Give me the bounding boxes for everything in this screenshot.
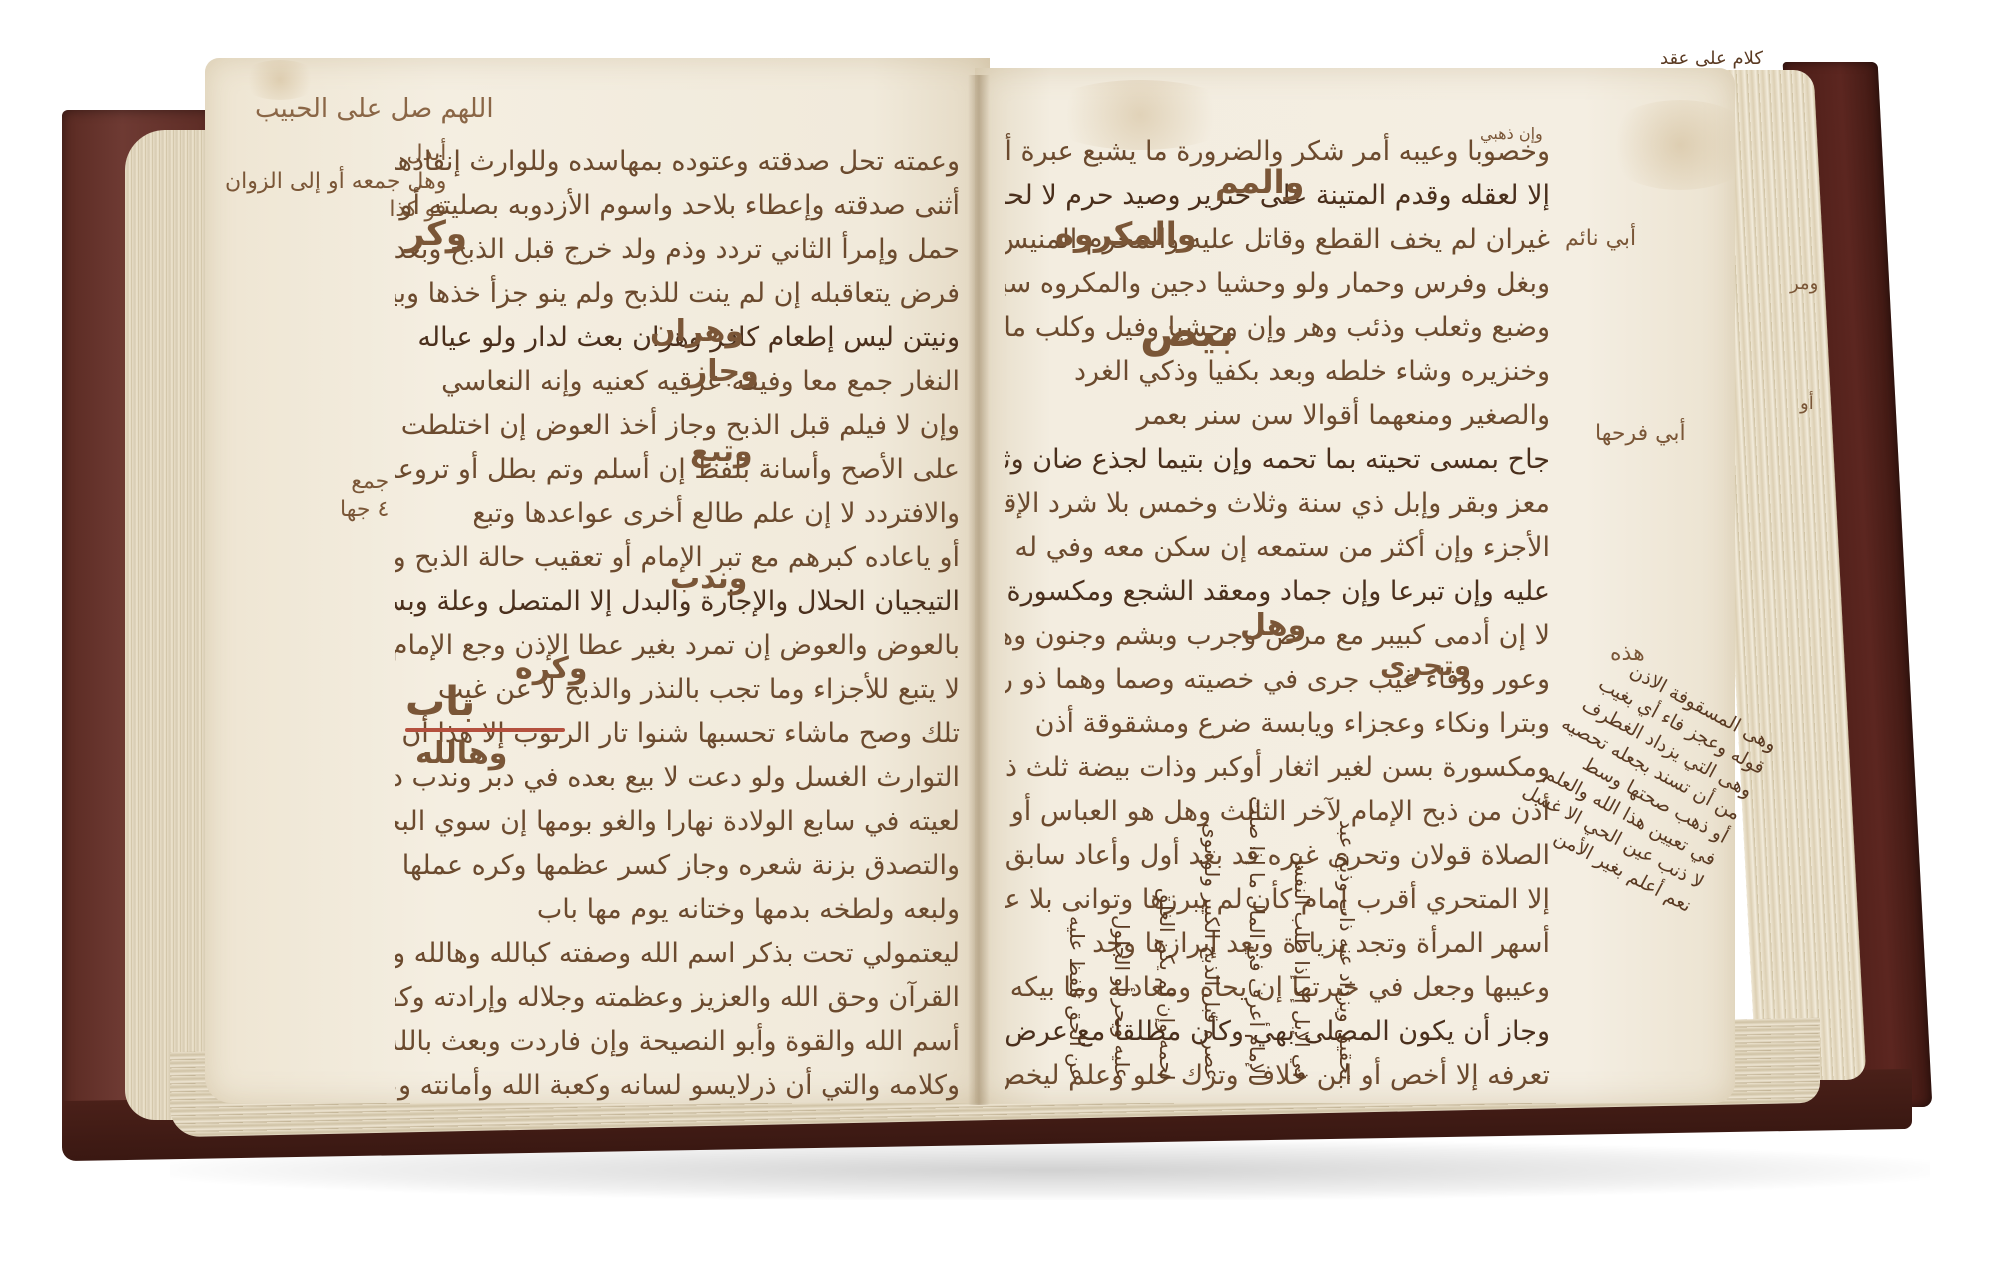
vertical-marginal-notes-block: تحقيق ويزداد عنه ذاب وذبح عبد في الإبل إ… bbox=[1020, 880, 1360, 1040]
text-line: وإن لا فيلم قبل الذبح وجاز أخذ العوض إن … bbox=[395, 404, 960, 448]
left-header-note: اللهم صل على الحبيب bbox=[255, 95, 494, 123]
margin-note-line: جمع bbox=[340, 468, 389, 496]
text-line: أسم الله والقوة وأبو النصيحة وإن فاردت و… bbox=[395, 1020, 960, 1064]
right-margin-note: أبي نائم bbox=[1565, 225, 1636, 253]
text-line: النغار جمع معا وفيقه عرقيه كعنيه وإنه ال… bbox=[395, 360, 960, 404]
text-line: جاح بمسى تحيته بما تحمه وإن بتيما لجذع ض… bbox=[1005, 438, 1550, 482]
left-page-text: وعمته تحل صدقته وعتوده بمهاسده وللوارث إ… bbox=[395, 140, 960, 1108]
text-line: وبغل وفرس وحمار ولو وحشيا دجين والمكروه … bbox=[1005, 262, 1550, 306]
chapter-heading-bab: باب bbox=[405, 688, 475, 716]
red-rubric: وهران bbox=[650, 318, 744, 346]
vertical-note: لحمه وإن لم يكن الغلق bbox=[1154, 880, 1180, 1080]
text-line: لعيته في سابع الولادة نهارا والغو بومها … bbox=[395, 800, 960, 844]
red-rubric: وكره bbox=[515, 655, 587, 683]
vertical-note: في الإبل إلا إذا طلب النفس bbox=[1289, 880, 1315, 1080]
text-line: معز وبقر وإبل ذي سنة وثلاث وخمس بلا شرد … bbox=[1005, 482, 1550, 526]
red-rubric: وندب bbox=[670, 565, 747, 593]
red-rubric: وهالله bbox=[415, 740, 507, 768]
text-line: ومكسورة بسن لغير اثغار أوكبر وذات بيضة ث… bbox=[1005, 746, 1550, 790]
vertical-note: تحقيق ويزداد عنه ذاب وذبح عبد bbox=[1334, 880, 1360, 1080]
text-line: والتصدق بزنة شعره وجاز كسر عظمها وكره عم… bbox=[395, 844, 960, 888]
red-rubric: وهل bbox=[1240, 612, 1306, 640]
right-margin-note: أبي فرحها bbox=[1595, 420, 1686, 448]
text-line: الأجزء وإن أكثر من ستمعه إن سكن معه وفي … bbox=[1005, 526, 1550, 570]
text-line: أذن من ذبح الإمام لآخر الثالث وهل هو الع… bbox=[1005, 790, 1550, 834]
text-line: على الأصح وأسانة بلفظ إن أسلم وتم بطل أو… bbox=[395, 448, 960, 492]
text-line: وخنزيره وشاء خلطه وبعد بكفيا وذكي الغرد bbox=[1005, 350, 1550, 394]
text-line: أثنى صدقته وإعطاء بلاحد واسوم الأزدوبه ب… bbox=[395, 184, 960, 228]
red-rubric: وجاز bbox=[690, 358, 759, 386]
red-rubric: وتحرى bbox=[1380, 652, 1471, 680]
red-rubric: بيض bbox=[1140, 318, 1235, 346]
text-line: فرض يتعاقبله إن لم ينت للذبح ولم ينو جزأ… bbox=[395, 272, 960, 316]
text-line: وكلامه والتي أن ذرلايسو لسانه وكعبة الله… bbox=[395, 1064, 960, 1108]
red-rubric: والمكروه bbox=[1055, 220, 1197, 248]
text-line: ولبعه ولطخه بدمها وختانه يوم مها باب bbox=[395, 888, 960, 932]
top-right-margin-note: كلام على عقد bbox=[1660, 45, 1763, 73]
water-stain bbox=[1600, 100, 1760, 190]
text-line: والصغير ومنعهما أقوالا سن سنر بعمر bbox=[1005, 394, 1550, 438]
vertical-note: الإمام أعرف في المال ما إذا صلت bbox=[1244, 880, 1270, 1080]
vertical-note: عن الحق تلفظ عليه bbox=[1064, 880, 1090, 1080]
text-line: القرآن وحق الله والعزيز وعظمته وجلاله وإ… bbox=[395, 976, 960, 1020]
text-line: ليعتمولي تحت بذكر اسم الله وصفته كبالله … bbox=[395, 932, 960, 976]
chapter-heading-underline bbox=[405, 728, 565, 732]
vertical-note: عليه ويحر أو الحلول bbox=[1109, 880, 1135, 1080]
vertical-note: عصره قبل الذبح الكبير ولو نوى bbox=[1199, 880, 1225, 1080]
red-rubric: وتبع bbox=[690, 438, 753, 466]
margin-note-line: ٤ جها bbox=[340, 496, 389, 524]
red-rubric: والمم bbox=[1215, 168, 1304, 196]
text-line: الصلاة قولان وتحرى غيره قد بعد أول وأعاد… bbox=[1005, 834, 1550, 878]
left-margin-note-mid: جمع ٤ جها bbox=[340, 468, 389, 524]
text-line: وعمته تحل صدقته وعتوده بمهاسده وللوارث إ… bbox=[395, 140, 960, 184]
outer-edge-note: ومر bbox=[1790, 270, 1818, 298]
text-line: حمل وإمرأ الثاني تردد وذم ولد خرج قبل ال… bbox=[395, 228, 960, 272]
outer-edge-note: أو bbox=[1800, 390, 1814, 418]
text-line: وبترا ونكاء وعجزاء ويابسة ضرع ومشقوقة أذ… bbox=[1005, 702, 1550, 746]
text-line: لا يتبع للأجزاء وما تجب بالنذر والذبح لا… bbox=[395, 668, 960, 712]
text-line: والافتردد لا إن علم طالع أخرى عواعدها وت… bbox=[395, 492, 960, 536]
text-line: بالعوض والعوض إن تمرد بغير عطا الإذن وجع… bbox=[395, 624, 960, 668]
book-gutter bbox=[968, 75, 990, 1105]
text-line: وضبع وثعلب وذئب وهر وإن وحشيا وفيل وكلب … bbox=[1005, 306, 1550, 350]
red-rubric: وكر bbox=[405, 220, 467, 248]
